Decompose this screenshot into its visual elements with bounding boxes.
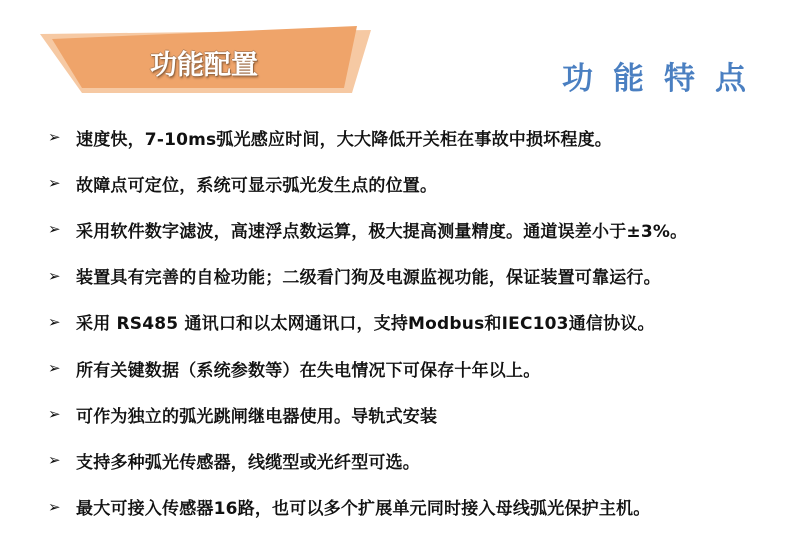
feature-list: ➢ 速度快，7-10ms弧光感应时间，大大降低开关柜在事故中损坏程度。 ➢ 故障… [48,114,687,530]
feature-text: 故障点可定位，系统可显示弧光发生点的位置。 [76,171,437,196]
arrowhead-bullet-icon: ➢ [48,313,76,331]
section-heading: 功能特点 [562,53,766,98]
list-item: ➢ 采用软件数字滤波，高速浮点数运算，极大提高测量精度。通道误差小于±3%。 [48,206,687,252]
banner-title: 功能配置 [150,43,258,82]
feature-text: 装置具有完善的自检功能；二级看门狗及电源监视功能，保证装置可靠运行。 [76,263,661,288]
section-banner: 功能配置 [0,0,400,110]
list-item: ➢ 故障点可定位，系统可显示弧光发生点的位置。 [48,160,687,206]
arrowhead-bullet-icon: ➢ [48,405,76,423]
arrowhead-bullet-icon: ➢ [48,359,76,377]
arrowhead-bullet-icon: ➢ [48,174,76,192]
arrowhead-bullet-icon: ➢ [48,220,76,238]
feature-text: 所有关键数据（系统参数等）在失电情况下可保存十年以上。 [76,356,540,381]
list-item: ➢ 可作为独立的弧光跳闸继电器使用。导轨式安装 [48,391,687,437]
list-item: ➢ 支持多种弧光传感器，线缆型或光纤型可选。 [48,437,687,483]
list-item: ➢ 最大可接入传感器16路，也可以多个扩展单元同时接入母线弧光保护主机。 [48,484,687,530]
list-item: ➢ 装置具有完善的自检功能；二级看门狗及电源监视功能，保证装置可靠运行。 [48,253,687,299]
feature-text: 速度快，7-10ms弧光感应时间，大大降低开关柜在事故中损坏程度。 [76,125,612,150]
feature-text: 最大可接入传感器16路，也可以多个扩展单元同时接入母线弧光保护主机。 [76,494,650,519]
arrowhead-bullet-icon: ➢ [48,128,76,146]
feature-text: 采用软件数字滤波，高速浮点数运算，极大提高测量精度。通道误差小于±3%。 [76,217,687,242]
feature-text: 采用 RS485 通讯口和以太网通讯口，支持Modbus和IEC103通信协议。 [76,309,655,334]
feature-text: 支持多种弧光传感器，线缆型或光纤型可选。 [76,448,420,473]
list-item: ➢ 采用 RS485 通讯口和以太网通讯口，支持Modbus和IEC103通信协… [48,299,687,345]
feature-text: 可作为独立的弧光跳闸继电器使用。导轨式安装 [76,402,437,427]
arrowhead-bullet-icon: ➢ [48,451,76,469]
list-item: ➢ 速度快，7-10ms弧光感应时间，大大降低开关柜在事故中损坏程度。 [48,114,687,160]
list-item: ➢ 所有关键数据（系统参数等）在失电情况下可保存十年以上。 [48,345,687,391]
arrowhead-bullet-icon: ➢ [48,267,76,285]
arrowhead-bullet-icon: ➢ [48,498,76,516]
